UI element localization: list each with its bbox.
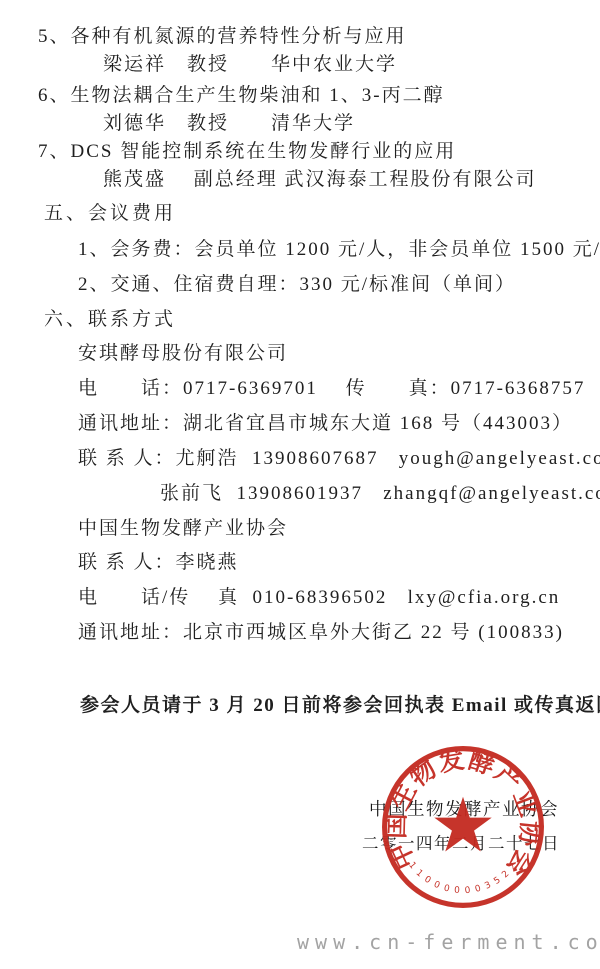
angel-contact-line-2: 张前飞 13908601937 zhangqf@angelyeast.com	[160, 483, 600, 505]
fees-section-heading: 五、会议费用	[44, 203, 176, 225]
site-watermark: www.cn-ferment.com	[297, 930, 600, 954]
return-notice: 参会人员请于 3 月 20 日前将参会回执表 Email 或传真返回。	[80, 695, 600, 717]
angel-contact-line-1: 联 系 人：尤舸浩 13908607687 yough@angelyeast.c…	[78, 448, 600, 470]
cfia-phone-fax-line: 电 话/传 真 010-68396502 lxy@cfia.org.cn	[78, 587, 560, 609]
seal-star-icon	[434, 797, 491, 852]
agenda-item-6-title: 6、生物法耦合生产生物柴油和 1、3-丙二醇	[38, 85, 445, 107]
agenda-item-6-speaker: 刘德华 教授 清华大学	[103, 113, 355, 135]
fees-item-1: 1、会务费：会员单位 1200 元/人，非会员单位 1500 元/人	[78, 239, 600, 261]
agenda-item-5-speaker: 梁运祥 教授 华中农业大学	[103, 54, 397, 76]
agenda-item-5-title: 5、各种有机氮源的营养特性分析与应用	[38, 26, 407, 48]
cfia-company-name: 中国生物发酵产业协会	[78, 518, 288, 540]
angel-company-name: 安琪酵母股份有限公司	[78, 343, 288, 365]
cfia-contact-line: 联 系 人：李晓燕	[78, 552, 239, 574]
agenda-item-7-speaker: 熊茂盛 副总经理 武汉海泰工程股份有限公司	[103, 169, 537, 191]
document-page: 5、各种有机氮源的营养特性分析与应用 梁运祥 教授 华中农业大学 6、生物法耦合…	[0, 0, 600, 969]
official-seal: 中国生物发酵产业协会 1100000035223	[378, 742, 548, 912]
seal-graphic: 中国生物发酵产业协会 1100000035223	[378, 742, 548, 912]
fees-item-2: 2、交通、住宿费自理：330 元/标准间（单间）	[78, 274, 516, 296]
angel-phone-fax-line: 电 话：0717-6369701 传 真：0717-6368757	[78, 378, 585, 400]
cfia-address-line: 通讯地址：北京市西城区阜外大街乙 22 号 (100833)	[78, 622, 564, 644]
agenda-item-7-title: 7、DCS 智能控制系统在生物发酵行业的应用	[38, 141, 456, 163]
contact-section-heading: 六、联系方式	[44, 309, 176, 331]
angel-address-line: 通讯地址：湖北省宜昌市城东大道 168 号（443003）	[78, 413, 573, 435]
